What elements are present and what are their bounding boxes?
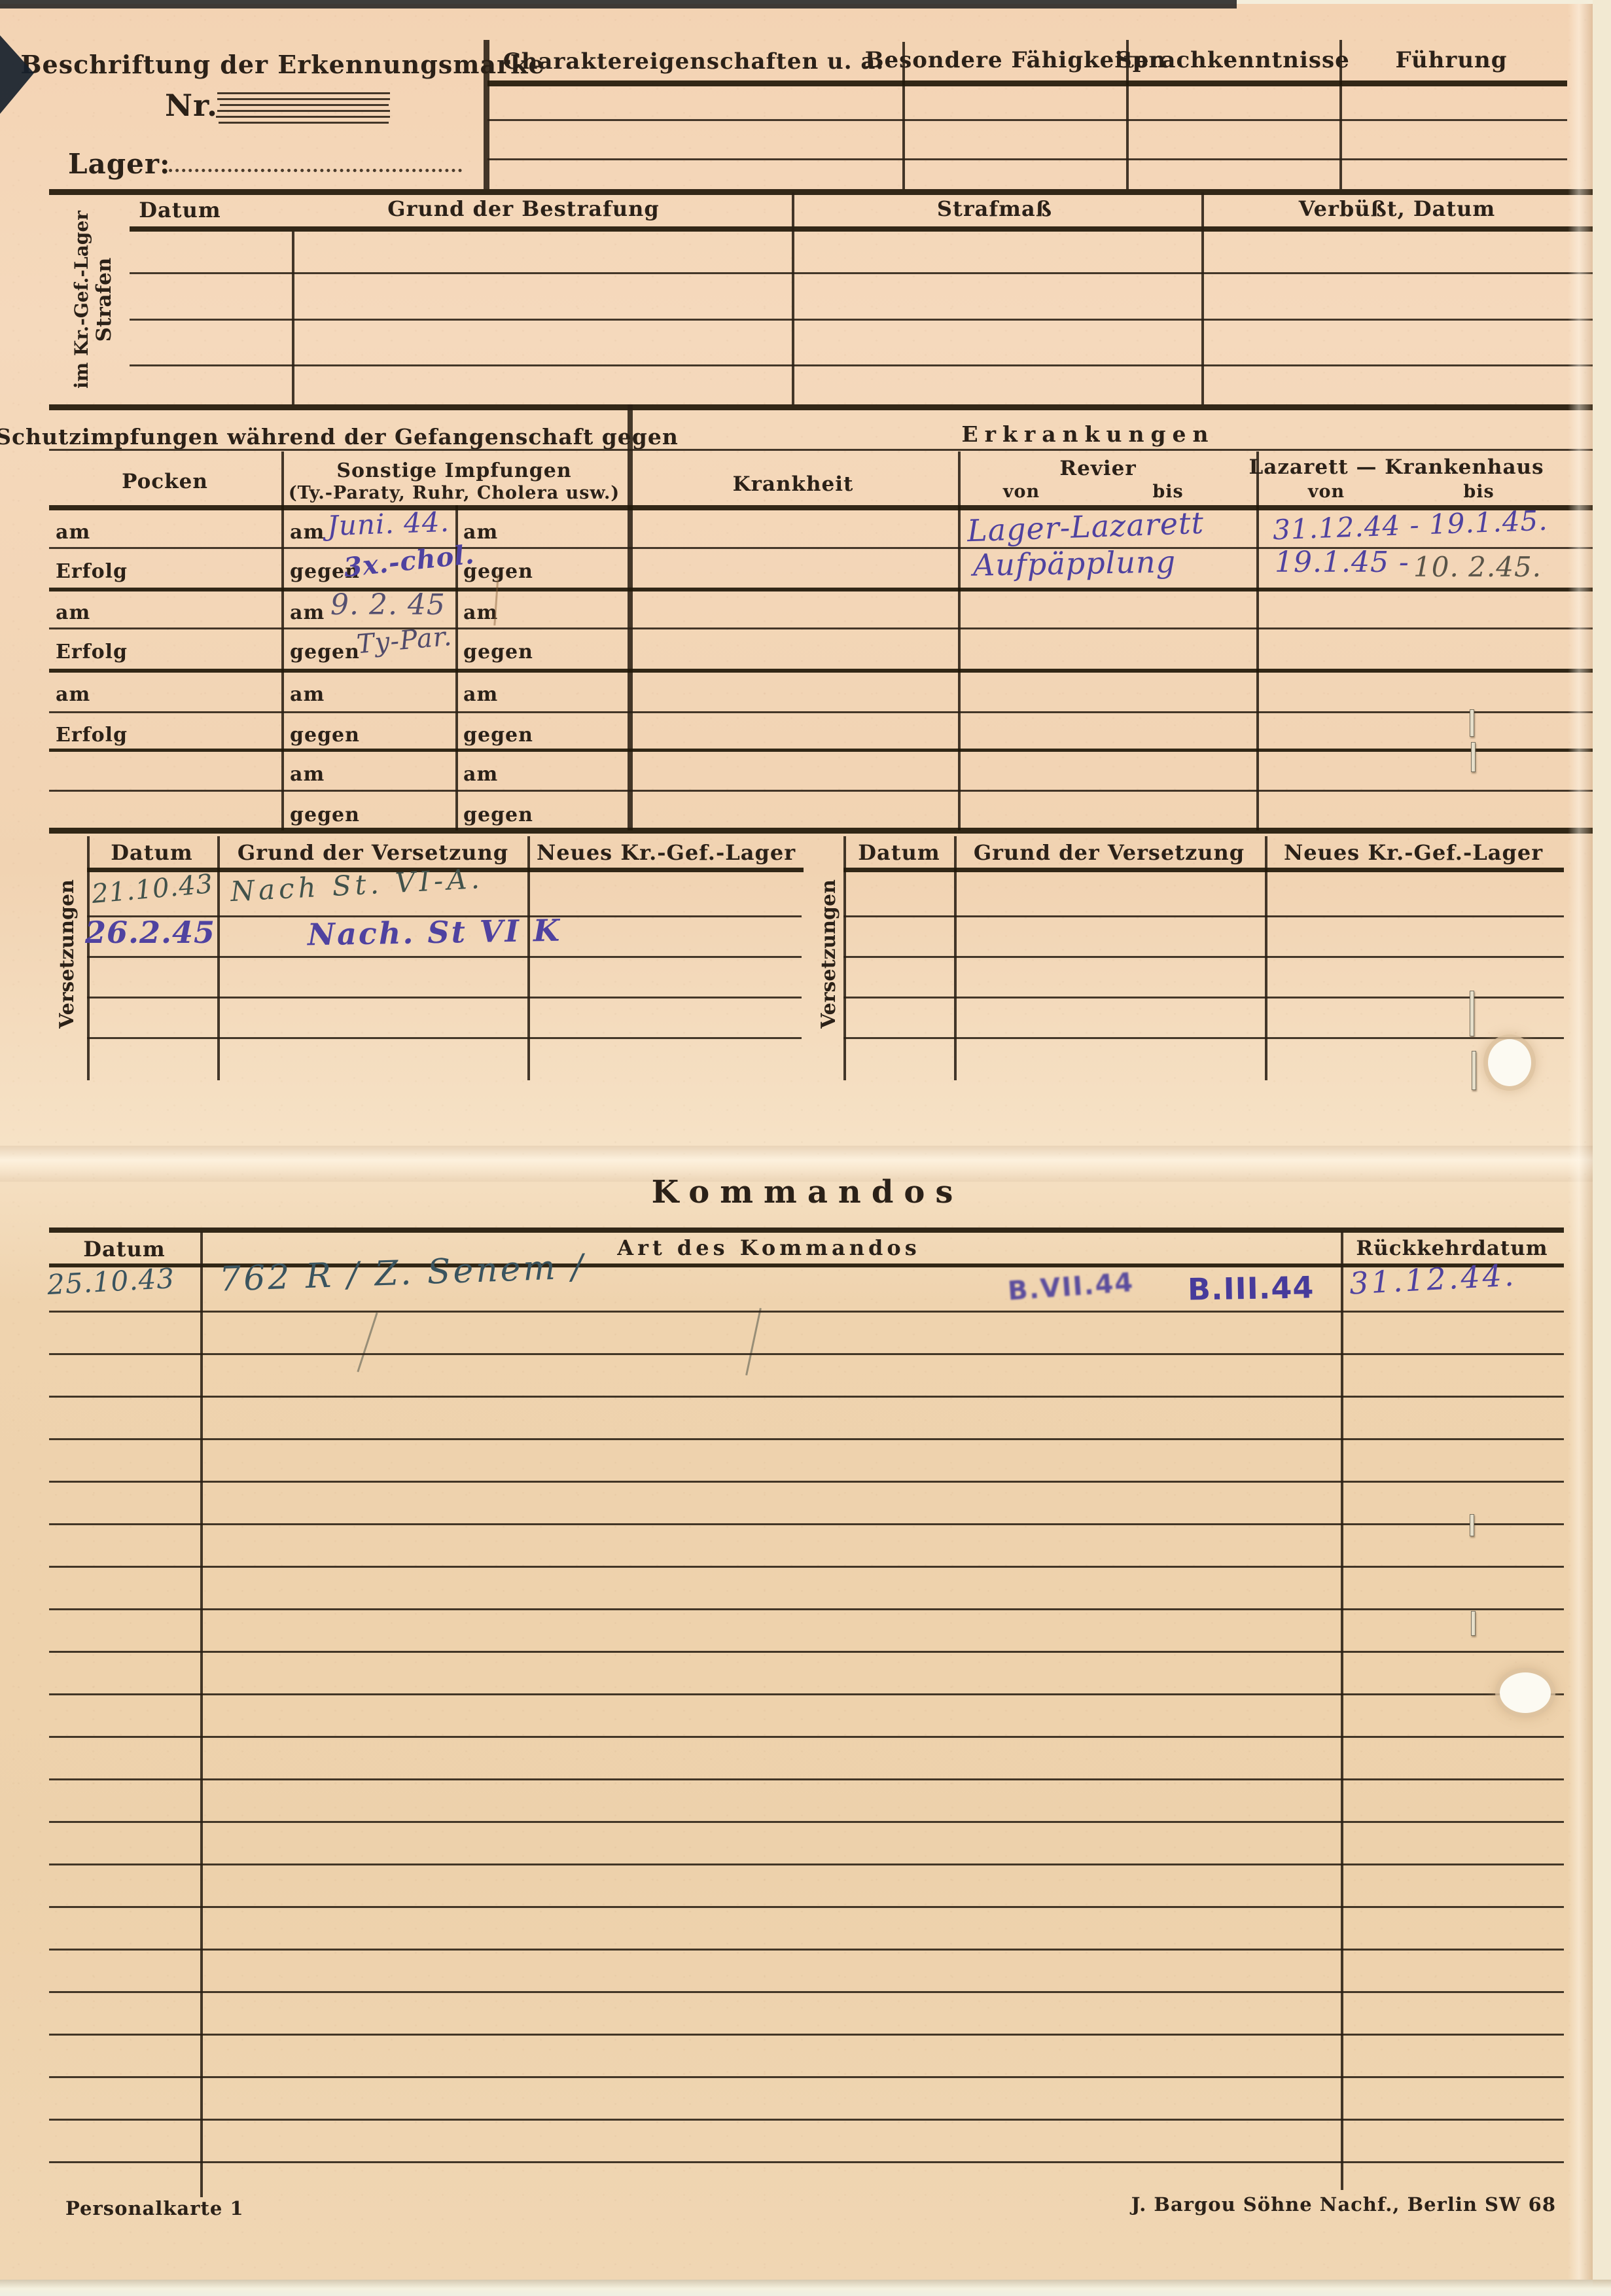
row-line	[843, 1037, 1564, 1039]
column-header-conduct: Führung	[1395, 47, 1507, 73]
kommandos-title: Kommandos	[652, 1174, 964, 1210]
kommandos-row-line	[49, 1438, 1564, 1440]
lazarett-bis-label: bis	[1463, 482, 1494, 502]
divider-line	[954, 836, 957, 1080]
am-label: am	[56, 601, 90, 624]
section-divider	[49, 404, 1600, 410]
lazarett-von-label: von	[1308, 482, 1345, 502]
kommandos-row-line	[49, 2161, 1564, 2163]
column-header-character: Charaktereigenschaften u. a.	[503, 48, 885, 75]
versetzungen-col-lager: Neues Kr.-Gef.-Lager	[537, 840, 796, 865]
versetzungen-side-label-right: Versetzungen	[815, 839, 841, 1069]
stray-ink-stroke	[745, 1308, 762, 1375]
row-line	[130, 272, 1600, 274]
section-divider	[49, 1227, 1564, 1233]
staple-mark	[1470, 1514, 1474, 1536]
row-line	[843, 956, 1564, 958]
kommandos-row-line	[49, 1863, 1564, 1865]
am-label: am	[463, 601, 498, 624]
kommandos-row-line	[49, 1523, 1564, 1525]
erkrankungen-col-krankheit: Krankheit	[733, 472, 854, 496]
row-line	[49, 711, 1600, 713]
erkrankungen-col-lazarett: Lazarett — Krankenhaus	[1248, 455, 1544, 479]
tag-number-label: Nr.	[165, 88, 218, 123]
versetzung-row2-datum: 26.2.45	[85, 915, 215, 950]
strafen-side-label-line1: Strafen	[92, 258, 116, 342]
row-line	[87, 997, 802, 998]
am-label: am	[463, 763, 498, 786]
lager-label: Lager:	[68, 148, 170, 180]
am-label: am	[290, 601, 325, 624]
torn-corner-mark	[0, 35, 34, 114]
erfolg-label: Erfolg	[56, 724, 128, 747]
staple-mark	[1470, 709, 1474, 737]
row-line	[487, 119, 1567, 121]
punch-hole	[1488, 1039, 1531, 1086]
strafen-col-verbuesst: Verbüßt, Datum	[1299, 196, 1496, 221]
kommandos-col-datum: Datum	[83, 1237, 165, 1262]
identity-title: Beschriftung der Erkennungsmarke	[20, 50, 544, 79]
pow-personalkarte-back: Beschriftung der Erkennungsmarke Nr. Lag…	[0, 0, 1611, 2296]
gegen-label: gegen	[290, 724, 360, 747]
erkrankung-row2-ort: Aufpäpplung	[973, 544, 1177, 582]
staple-mark	[1471, 742, 1476, 772]
divider-line	[1341, 1231, 1343, 2190]
kommandos-row-line	[49, 1353, 1564, 1355]
section-divider	[49, 828, 1600, 834]
row-line	[843, 997, 1564, 998]
scan-edge-top	[0, 0, 1237, 9]
row-line	[49, 627, 1600, 629]
impfungen-col-sonstige: Sonstige Impfungen	[336, 459, 571, 482]
header-underline	[130, 226, 1600, 232]
am-label: am	[56, 683, 90, 706]
header-underline	[49, 505, 1600, 510]
divider-line	[292, 232, 294, 404]
tag-number-rule-line	[216, 116, 390, 118]
row-line	[130, 319, 1600, 321]
impfung-row2-date-entry: 9. 2. 45	[330, 588, 446, 622]
impfungen-title: Schutzimpfungen während der Gefangenscha…	[0, 424, 679, 450]
am-label: am	[290, 683, 325, 706]
strafen-col-grund: Grund der Bestrafung	[387, 196, 659, 221]
row-line-strong	[49, 669, 1600, 673]
strafen-col-datum: Datum	[139, 198, 221, 222]
row-line	[130, 364, 1600, 366]
versetzungen-col-grund: Grund der Versetzung	[238, 840, 508, 865]
gegen-label: gegen	[463, 804, 533, 826]
punch-hole	[1500, 1672, 1551, 1713]
row-line	[87, 1037, 802, 1039]
section-divider	[49, 189, 1600, 195]
divider-line	[217, 836, 220, 1080]
gegen-label: gegen	[290, 804, 360, 826]
kommandos-row-line	[49, 1736, 1564, 1738]
revier-bis-label: bis	[1152, 482, 1183, 502]
impfung-row1-date-entry: Juni. 44.	[327, 506, 450, 542]
row-line	[487, 158, 1567, 160]
kommandos-row-line	[49, 1608, 1564, 1610]
impfungen-col-pocken: Pocken	[122, 470, 208, 493]
am-label: am	[290, 521, 325, 544]
staple-mark	[1471, 1611, 1476, 1636]
am-label: am	[290, 763, 325, 786]
divider-line	[527, 836, 530, 1080]
lager-dotted-line	[162, 152, 462, 172]
divider-line	[87, 836, 90, 1080]
versetzung-row2-grund: Nach. St VI K	[308, 913, 562, 953]
gegen-label: gegen	[463, 724, 533, 747]
kommando-row1-art: 762 R / Z. Senem /	[219, 1247, 586, 1299]
kommandos-row-line	[49, 1651, 1564, 1653]
strafen-col-strafmass: Strafmaß	[937, 196, 1052, 221]
divider-line	[628, 404, 633, 830]
versetzungen-col-datum: Datum	[111, 840, 192, 865]
staple-mark	[1470, 991, 1474, 1036]
erkrankungen-title: Erkrankungen	[961, 421, 1214, 447]
versetzungen-col-lager: Neues Kr.-Gef.-Lager	[1284, 840, 1543, 865]
tag-number-rule-line	[217, 92, 390, 94]
kommandos-row-line	[49, 1481, 1564, 1483]
header-underline	[843, 868, 1564, 872]
kommando-stamp-biii44: B.III.44	[1188, 1269, 1315, 1307]
footer-form-name: Personalkarte 1	[65, 2197, 244, 2219]
stray-ink-stroke	[357, 1313, 378, 1372]
scan-backing-right	[1593, 0, 1611, 2296]
kommandos-row-line	[49, 1991, 1564, 1993]
kommandos-row-line	[49, 2076, 1564, 2078]
strafen-side-label: im Kr.-Gef.-Lager Strafen	[68, 188, 118, 411]
tag-number-rule-line	[217, 110, 390, 112]
versetzungen-side-label-left: Versetzungen	[54, 839, 80, 1069]
divider-line	[843, 836, 846, 1080]
row-line-strong	[49, 749, 1600, 752]
row-line	[843, 915, 1564, 917]
kommandos-row-line	[49, 1949, 1564, 1951]
kommando-row1-datum: 25.10.43	[46, 1262, 175, 1301]
gegen-label: gegen	[290, 641, 360, 663]
erkrankung-row2-zeitraum-bis: 10. 2.45.	[1413, 551, 1542, 583]
column-header-languages: Sprachkenntnisse	[1116, 47, 1350, 73]
card-paper: Beschriftung der Erkennungsmarke Nr. Lag…	[0, 4, 1593, 2280]
divider-line	[484, 40, 489, 189]
impfungen-col-sonstige-sub: (Ty.-Paraty, Ruhr, Cholera usw.)	[289, 483, 620, 503]
tag-number-rule-line	[219, 122, 389, 124]
scan-backing-bottom	[0, 2280, 1611, 2296]
row-line	[49, 449, 1600, 451]
divider-line	[200, 1231, 203, 2197]
footer-printer: J. Bargou Söhne Nachf., Berlin SW 68	[1131, 2193, 1556, 2216]
kommandos-row-line	[49, 2034, 1564, 2036]
kommandos-row-line	[49, 1396, 1564, 1398]
tag-number-rule-line	[220, 104, 389, 106]
versetzungen-col-grund: Grund der Versetzung	[974, 840, 1245, 865]
kommandos-row-line	[49, 1311, 1564, 1313]
erfolg-label: Erfolg	[56, 560, 128, 583]
erkrankung-row1-zeitraum: 31.12.44 - 19.1.45.	[1272, 504, 1548, 546]
tag-number-rule-line	[217, 98, 390, 100]
kommandos-row-line	[49, 1693, 1564, 1695]
erkrankung-row2-zeitraum-von: 19.1.45 -	[1275, 546, 1409, 579]
kommandos-row-line	[49, 1778, 1564, 1780]
row-line-strong	[49, 588, 1600, 592]
kommandos-col-rueckkehr: Rückkehrdatum	[1356, 1237, 1548, 1260]
kommandos-row-line	[49, 1566, 1564, 1568]
versetzungen-side-label-text: Versetzungen	[56, 879, 79, 1029]
erkrankung-row1-ort: Lager-Lazarett	[966, 505, 1205, 549]
divider-line	[1201, 192, 1204, 404]
kommandos-col-art: Art des Kommandos	[617, 1235, 920, 1260]
kommandos-row-line	[49, 1906, 1564, 1908]
am-label: am	[463, 683, 498, 706]
kommandos-row-line	[49, 2119, 1564, 2121]
versetzungen-col-datum: Datum	[858, 840, 940, 865]
am-label: am	[56, 521, 90, 544]
divider-line	[1265, 836, 1267, 1080]
row-line	[87, 956, 802, 958]
erfolg-label: Erfolg	[56, 641, 128, 663]
header-underline	[487, 80, 1567, 86]
revier-von-label: von	[1003, 482, 1040, 502]
right-edge-crease	[1568, 4, 1593, 2280]
divider-line	[792, 192, 794, 404]
gegen-label: gegen	[463, 641, 533, 663]
strafen-side-label-line2: im Kr.-Gef.-Lager	[71, 211, 92, 389]
kommandos-row-line	[49, 1821, 1564, 1823]
versetzungen-side-label-text: Versetzungen	[817, 879, 840, 1029]
staple-mark	[1472, 1051, 1476, 1090]
erkrankungen-col-revier: Revier	[1059, 457, 1136, 480]
versetzung-row1-datum: 21.10.43	[90, 869, 214, 910]
row-line	[49, 790, 1600, 792]
kommando-stamp-bvii44: B.VII.44	[1007, 1267, 1135, 1306]
